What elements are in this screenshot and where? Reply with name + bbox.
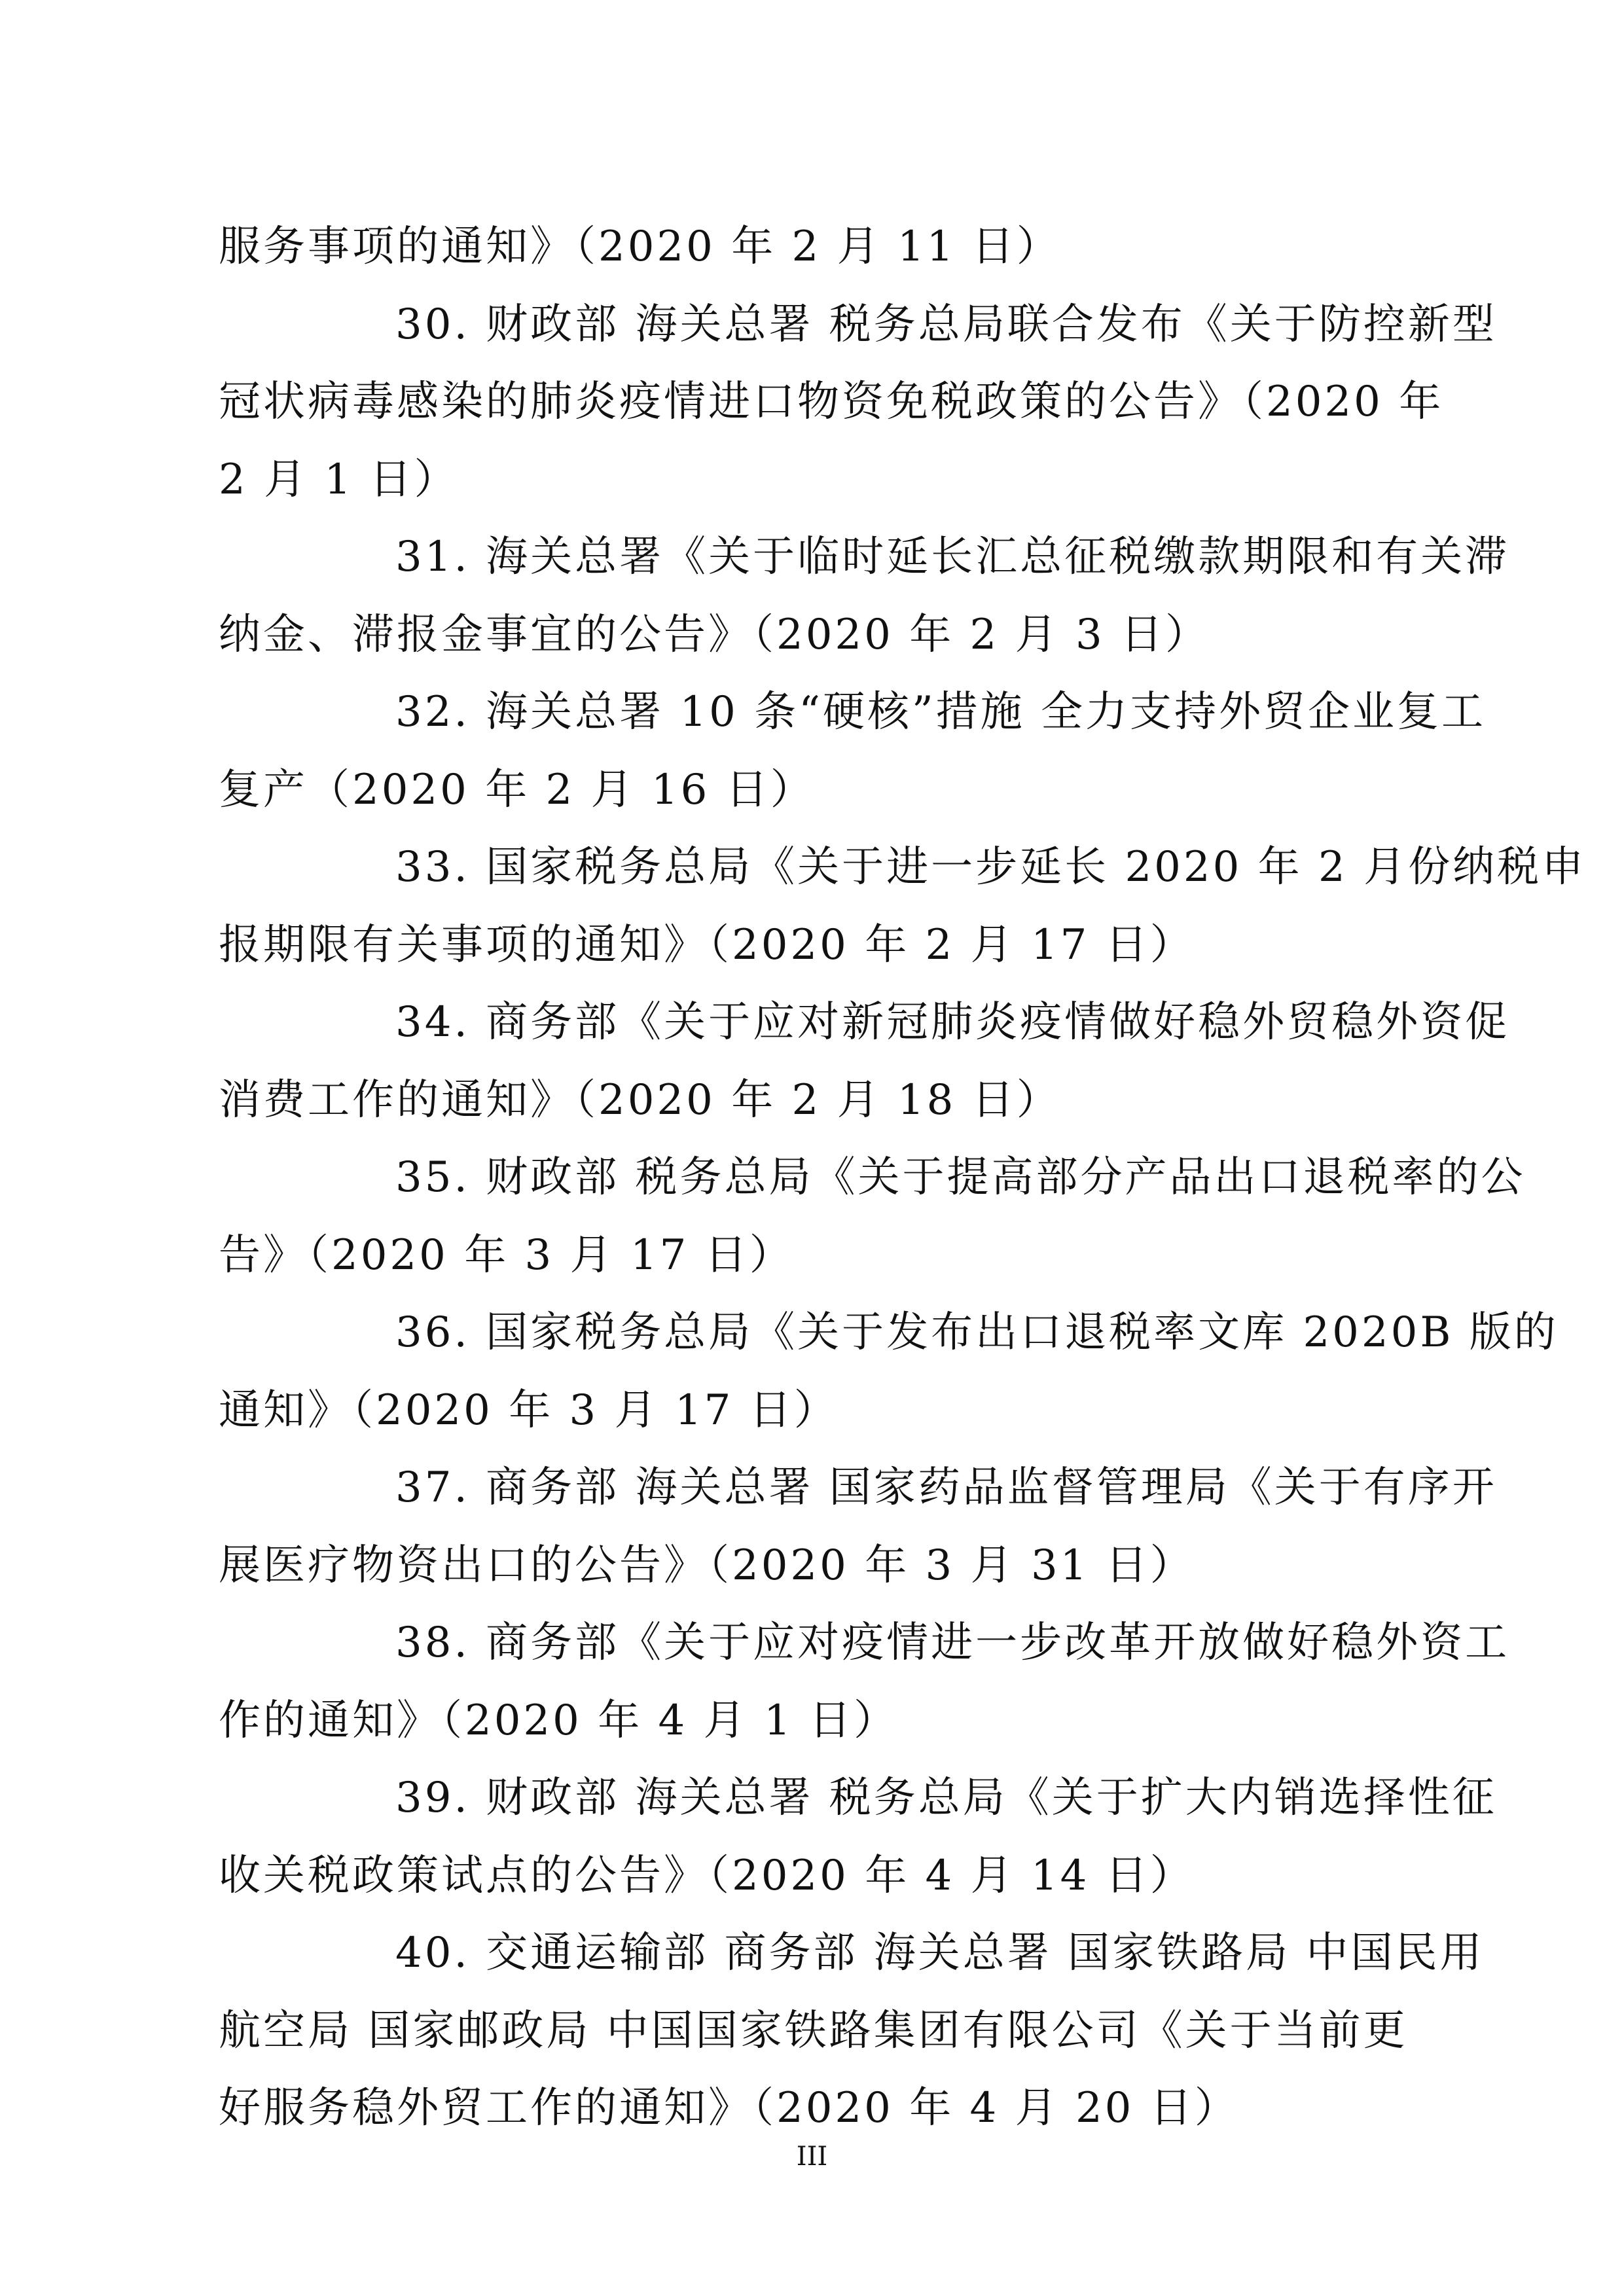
- list-item-31-start: 31. 海关总署《关于临时延长汇总征税缴款期限和有关滞: [219, 518, 1416, 596]
- list-item-35-start: 35. 财政部 税务总局《关于提高部分产品出口退税率的公: [219, 1139, 1416, 1217]
- page-number: III: [0, 2142, 1624, 2172]
- text-line: 告》（2020 年 3 月 17 日）: [219, 1217, 1416, 1295]
- text-line: 好服务稳外贸工作的通知》（2020 年 4 月 20 日）: [219, 2070, 1416, 2147]
- list-item-30-start: 30. 财政部 海关总署 税务总局联合发布《关于防控新型: [219, 286, 1416, 364]
- list-item-32-start: 32. 海关总署 10 条“硬核”措施 全力支持外贸企业复工: [219, 673, 1416, 751]
- text-line: 冠状病毒感染的肺炎疫情进口物资免税政策的公告》（2020 年: [219, 363, 1416, 441]
- document-page: 服务事项的通知》（2020 年 2 月 11 日） 30. 财政部 海关总署 税…: [0, 0, 1624, 2296]
- text-line: 报期限有关事项的通知》（2020 年 2 月 17 日）: [219, 906, 1416, 984]
- text-line: 复产（2020 年 2 月 16 日）: [219, 751, 1416, 829]
- text-line: 航空局 国家邮政局 中国国家铁路集团有限公司《关于当前更: [219, 1992, 1416, 2070]
- list-item-34-start: 34. 商务部《关于应对新冠肺炎疫情做好稳外贸稳外资促: [219, 984, 1416, 1062]
- text-line: 展医疗物资出口的公告》（2020 年 3 月 31 日）: [219, 1527, 1416, 1605]
- text-line: 收关税政策试点的公告》（2020 年 4 月 14 日）: [219, 1837, 1416, 1915]
- text-line: 纳金、滞报金事宜的公告》（2020 年 2 月 3 日）: [219, 596, 1416, 674]
- list-item-40-start: 40. 交通运输部 商务部 海关总署 国家铁路局 中国民用: [219, 1914, 1416, 1992]
- list-item-39-start: 39. 财政部 海关总署 税务总局《关于扩大内销选择性征: [219, 1759, 1416, 1837]
- document-body: 服务事项的通知》（2020 年 2 月 11 日） 30. 财政部 海关总署 税…: [219, 208, 1416, 2147]
- list-item-37-start: 37. 商务部 海关总署 国家药品监督管理局《关于有序开: [219, 1449, 1416, 1527]
- text-line: 2 月 1 日）: [219, 441, 1416, 519]
- list-item-36-start: 36. 国家税务总局《关于发布出口退税率文库 2020B 版的: [219, 1294, 1416, 1372]
- text-line: 服务事项的通知》（2020 年 2 月 11 日）: [219, 208, 1416, 286]
- text-line: 通知》（2020 年 3 月 17 日）: [219, 1372, 1416, 1450]
- list-item-33-start: 33. 国家税务总局《关于进一步延长 2020 年 2 月份纳税申: [219, 829, 1416, 906]
- text-line: 消费工作的通知》（2020 年 2 月 18 日）: [219, 1062, 1416, 1139]
- list-item-38-start: 38. 商务部《关于应对疫情进一步改革开放做好稳外资工: [219, 1604, 1416, 1682]
- text-line: 作的通知》（2020 年 4 月 1 日）: [219, 1682, 1416, 1760]
